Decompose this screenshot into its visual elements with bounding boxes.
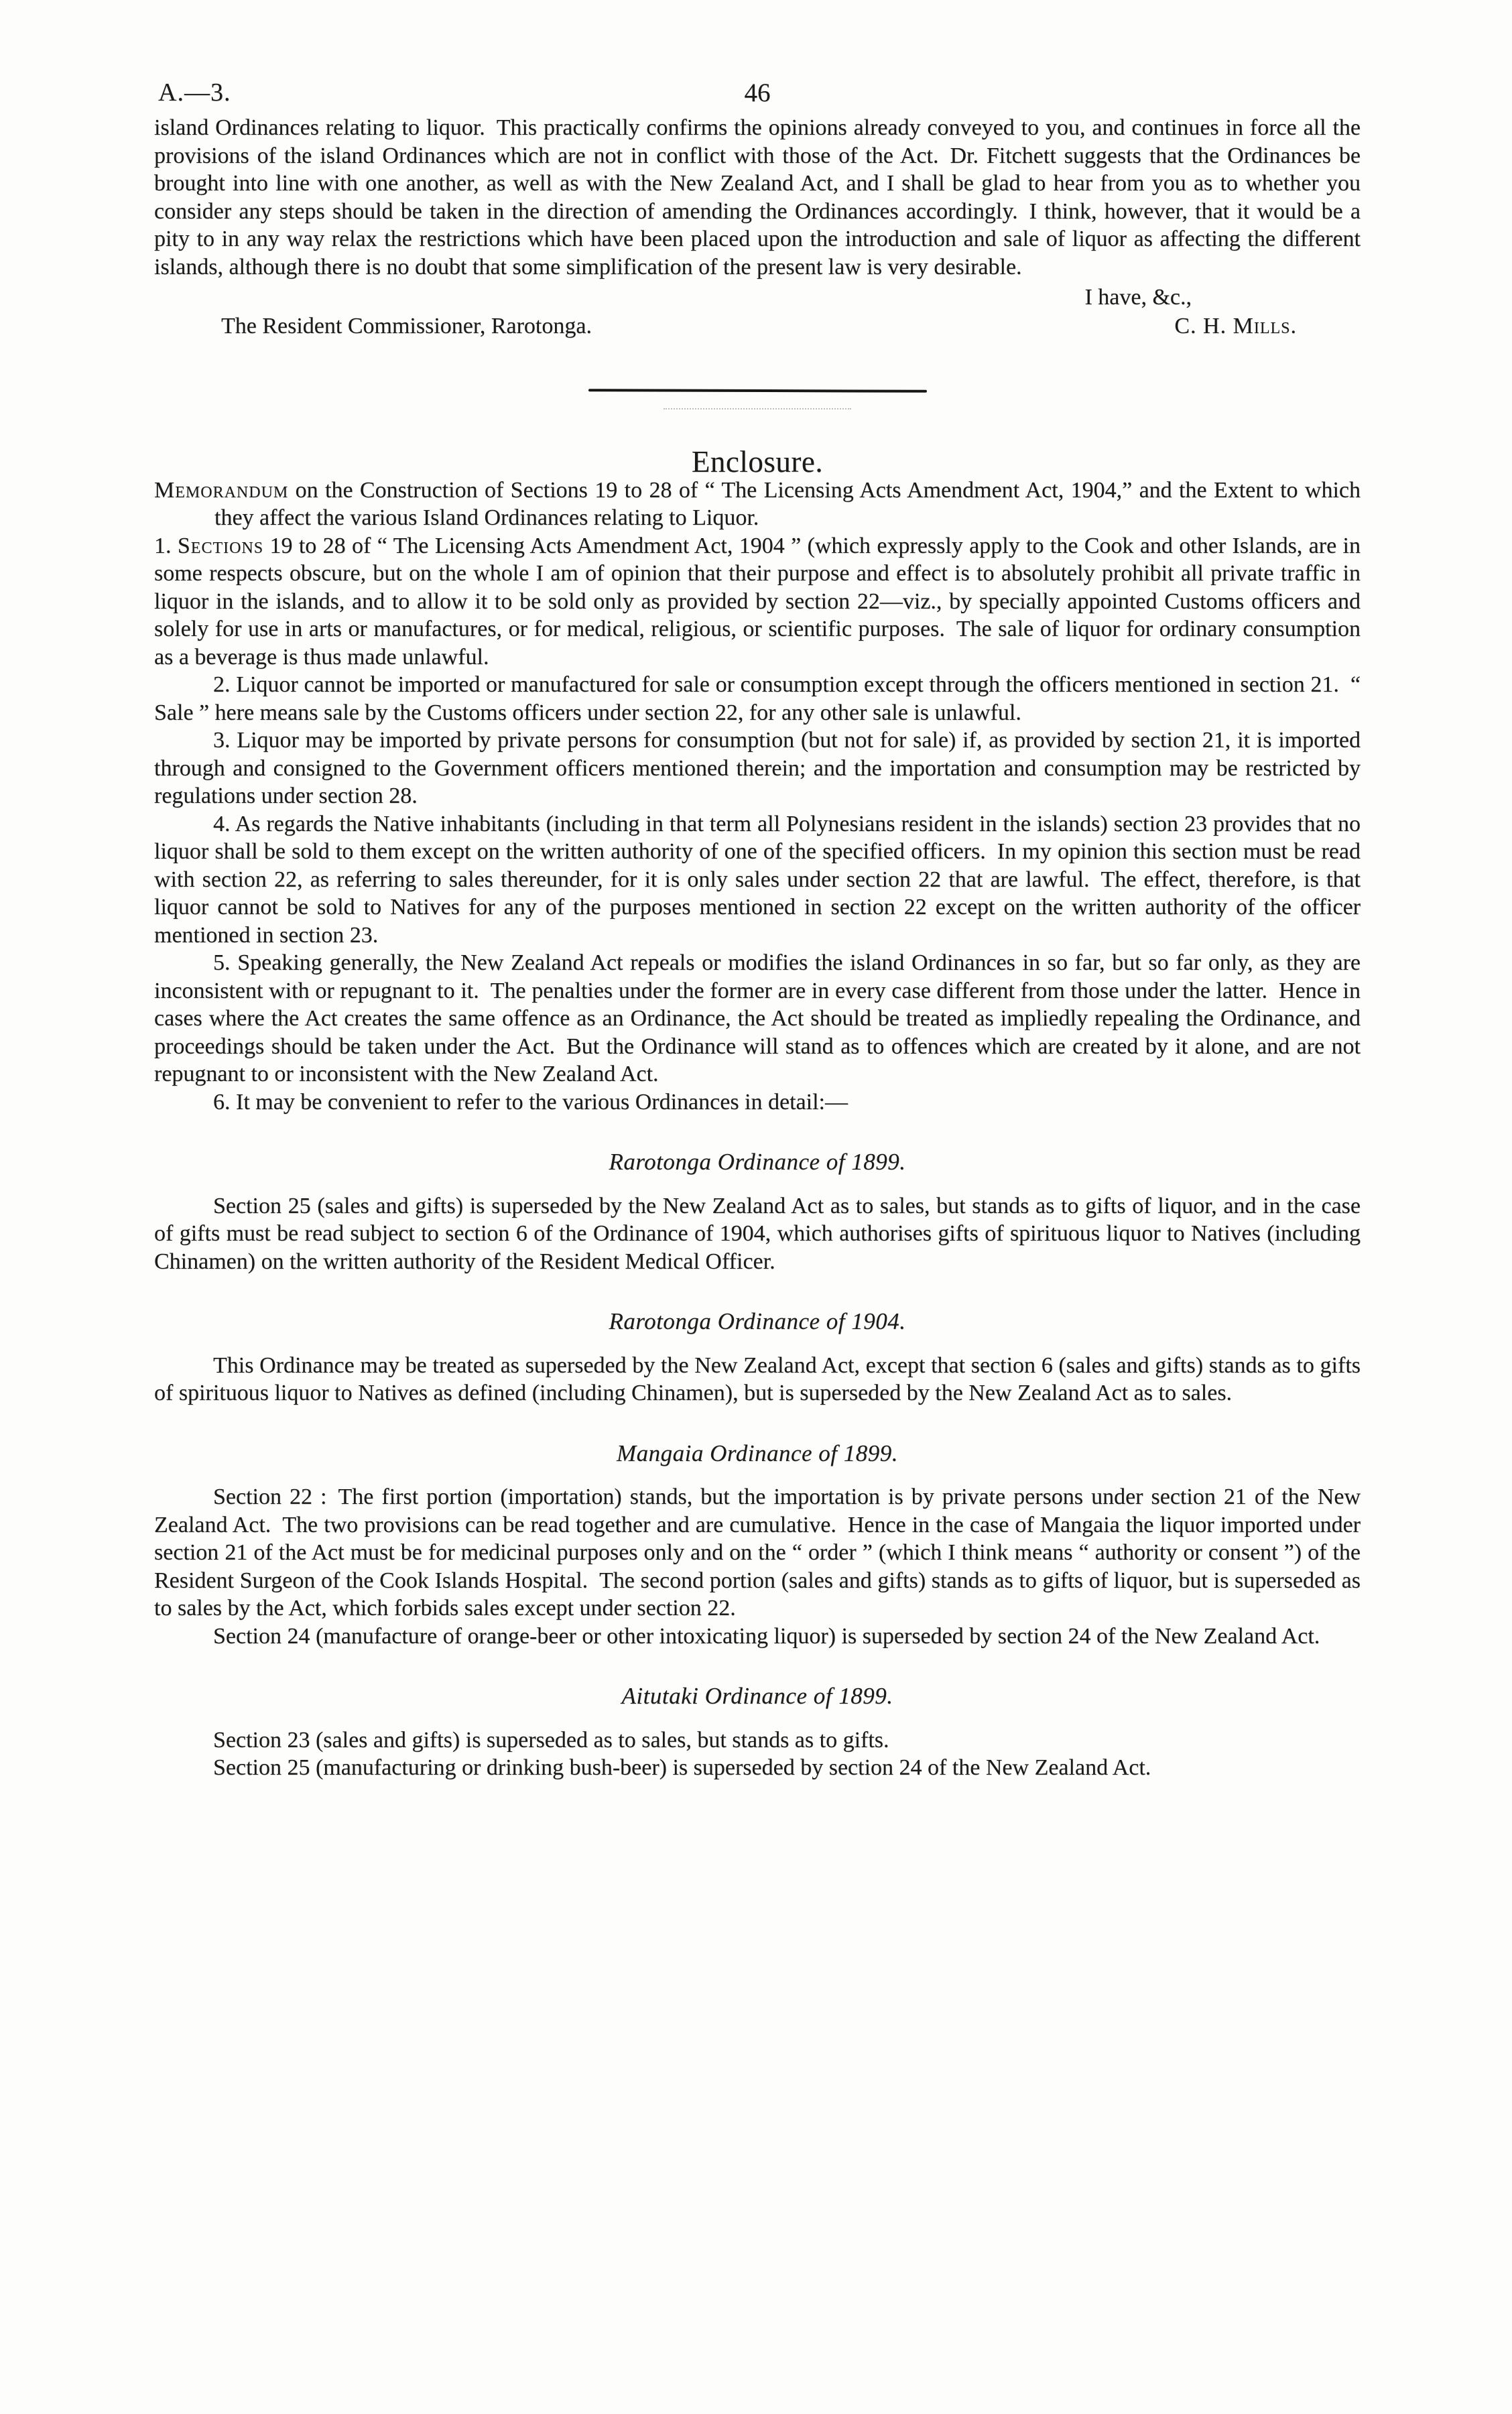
memorandum-title-rest: on the Construction of Sections 19 to 28… — [214, 478, 1361, 531]
ordinance-paragraph: Section 24 (manufacture of orange-beer o… — [154, 1623, 1361, 1651]
text-block: A.—3. 46 island Ordinances relating to l… — [154, 0, 1361, 1782]
valediction: I have, &c., — [1084, 285, 1192, 310]
enclosure-heading: Enclosure. — [154, 448, 1361, 477]
doc-ref: A.—3. — [158, 79, 231, 107]
memo-paragraph-3: 3. Liquor may be imported by private per… — [154, 726, 1361, 810]
ordinance-section-rarotonga-1899: Rarotonga Ordinance of 1899. Section 25 … — [154, 1148, 1361, 1275]
ordinance-heading: Rarotonga Ordinance of 1899. — [154, 1148, 1361, 1176]
ordinance-heading: Aitutaki Ordinance of 1899. — [154, 1682, 1361, 1710]
ordinance-heading: Rarotonga Ordinance of 1904. — [154, 1308, 1361, 1336]
letter-body-paragraph: island Ordinances relating to liquor. Th… — [154, 114, 1361, 281]
page-header: A.—3. 46 — [154, 79, 1361, 114]
paragraph-lead-word: Sections — [178, 533, 263, 558]
signature: C. H. Mills. — [1174, 312, 1361, 340]
memo-paragraph-1: 1. Sections 19 to 28 of “ The Licensing … — [154, 532, 1361, 672]
paragraph-number: 1. — [154, 533, 178, 558]
memo-paragraph-4: 4. As regards the Native inhabitants (in… — [154, 810, 1361, 950]
ordinance-section-aitutaki-1899: Aitutaki Ordinance of 1899. Section 23 (… — [154, 1682, 1361, 1782]
paragraph-text: 19 to 28 of “ The Licensing Acts Amendme… — [154, 533, 1361, 670]
memorandum-lead-word: Memorandum — [154, 478, 288, 503]
signature-row: The Resident Commissioner, Rarotonga. C.… — [154, 312, 1361, 340]
memo-paragraph-2: 2. Liquor cannot be imported or manufact… — [154, 671, 1361, 726]
memorandum-title: Memorandum on the Construction of Sectio… — [154, 477, 1361, 532]
valediction-row: I have, &c., — [154, 283, 1361, 312]
ordinance-paragraph: Section 25 (sales and gifts) is supersed… — [154, 1192, 1361, 1276]
divider-ghost-marks — [664, 408, 851, 409]
ordinance-heading: Mangaia Ordinance of 1899. — [154, 1440, 1361, 1468]
addressee: The Resident Commissioner, Rarotonga. — [154, 312, 592, 340]
document-page: A.—3. 46 island Ordinances relating to l… — [0, 0, 1512, 2414]
ordinance-paragraph: Section 23 (sales and gifts) is supersed… — [154, 1726, 1361, 1755]
section-divider-rule — [588, 389, 926, 393]
ordinance-paragraph: Section 22 : The first portion (importat… — [154, 1483, 1361, 1623]
memo-paragraph-5: 5. Speaking generally, the New Zealand A… — [154, 949, 1361, 1088]
memo-paragraph-6: 6. It may be convenient to refer to the … — [154, 1088, 1361, 1117]
page-number: 46 — [745, 79, 771, 107]
ordinance-paragraph: Section 25 (manufacturing or drinking bu… — [154, 1754, 1361, 1782]
ordinance-paragraph: This Ordinance may be treated as superse… — [154, 1352, 1361, 1407]
ordinance-section-mangaia-1899: Mangaia Ordinance of 1899. Section 22 : … — [154, 1440, 1361, 1651]
ordinance-section-rarotonga-1904: Rarotonga Ordinance of 1904. This Ordina… — [154, 1308, 1361, 1407]
